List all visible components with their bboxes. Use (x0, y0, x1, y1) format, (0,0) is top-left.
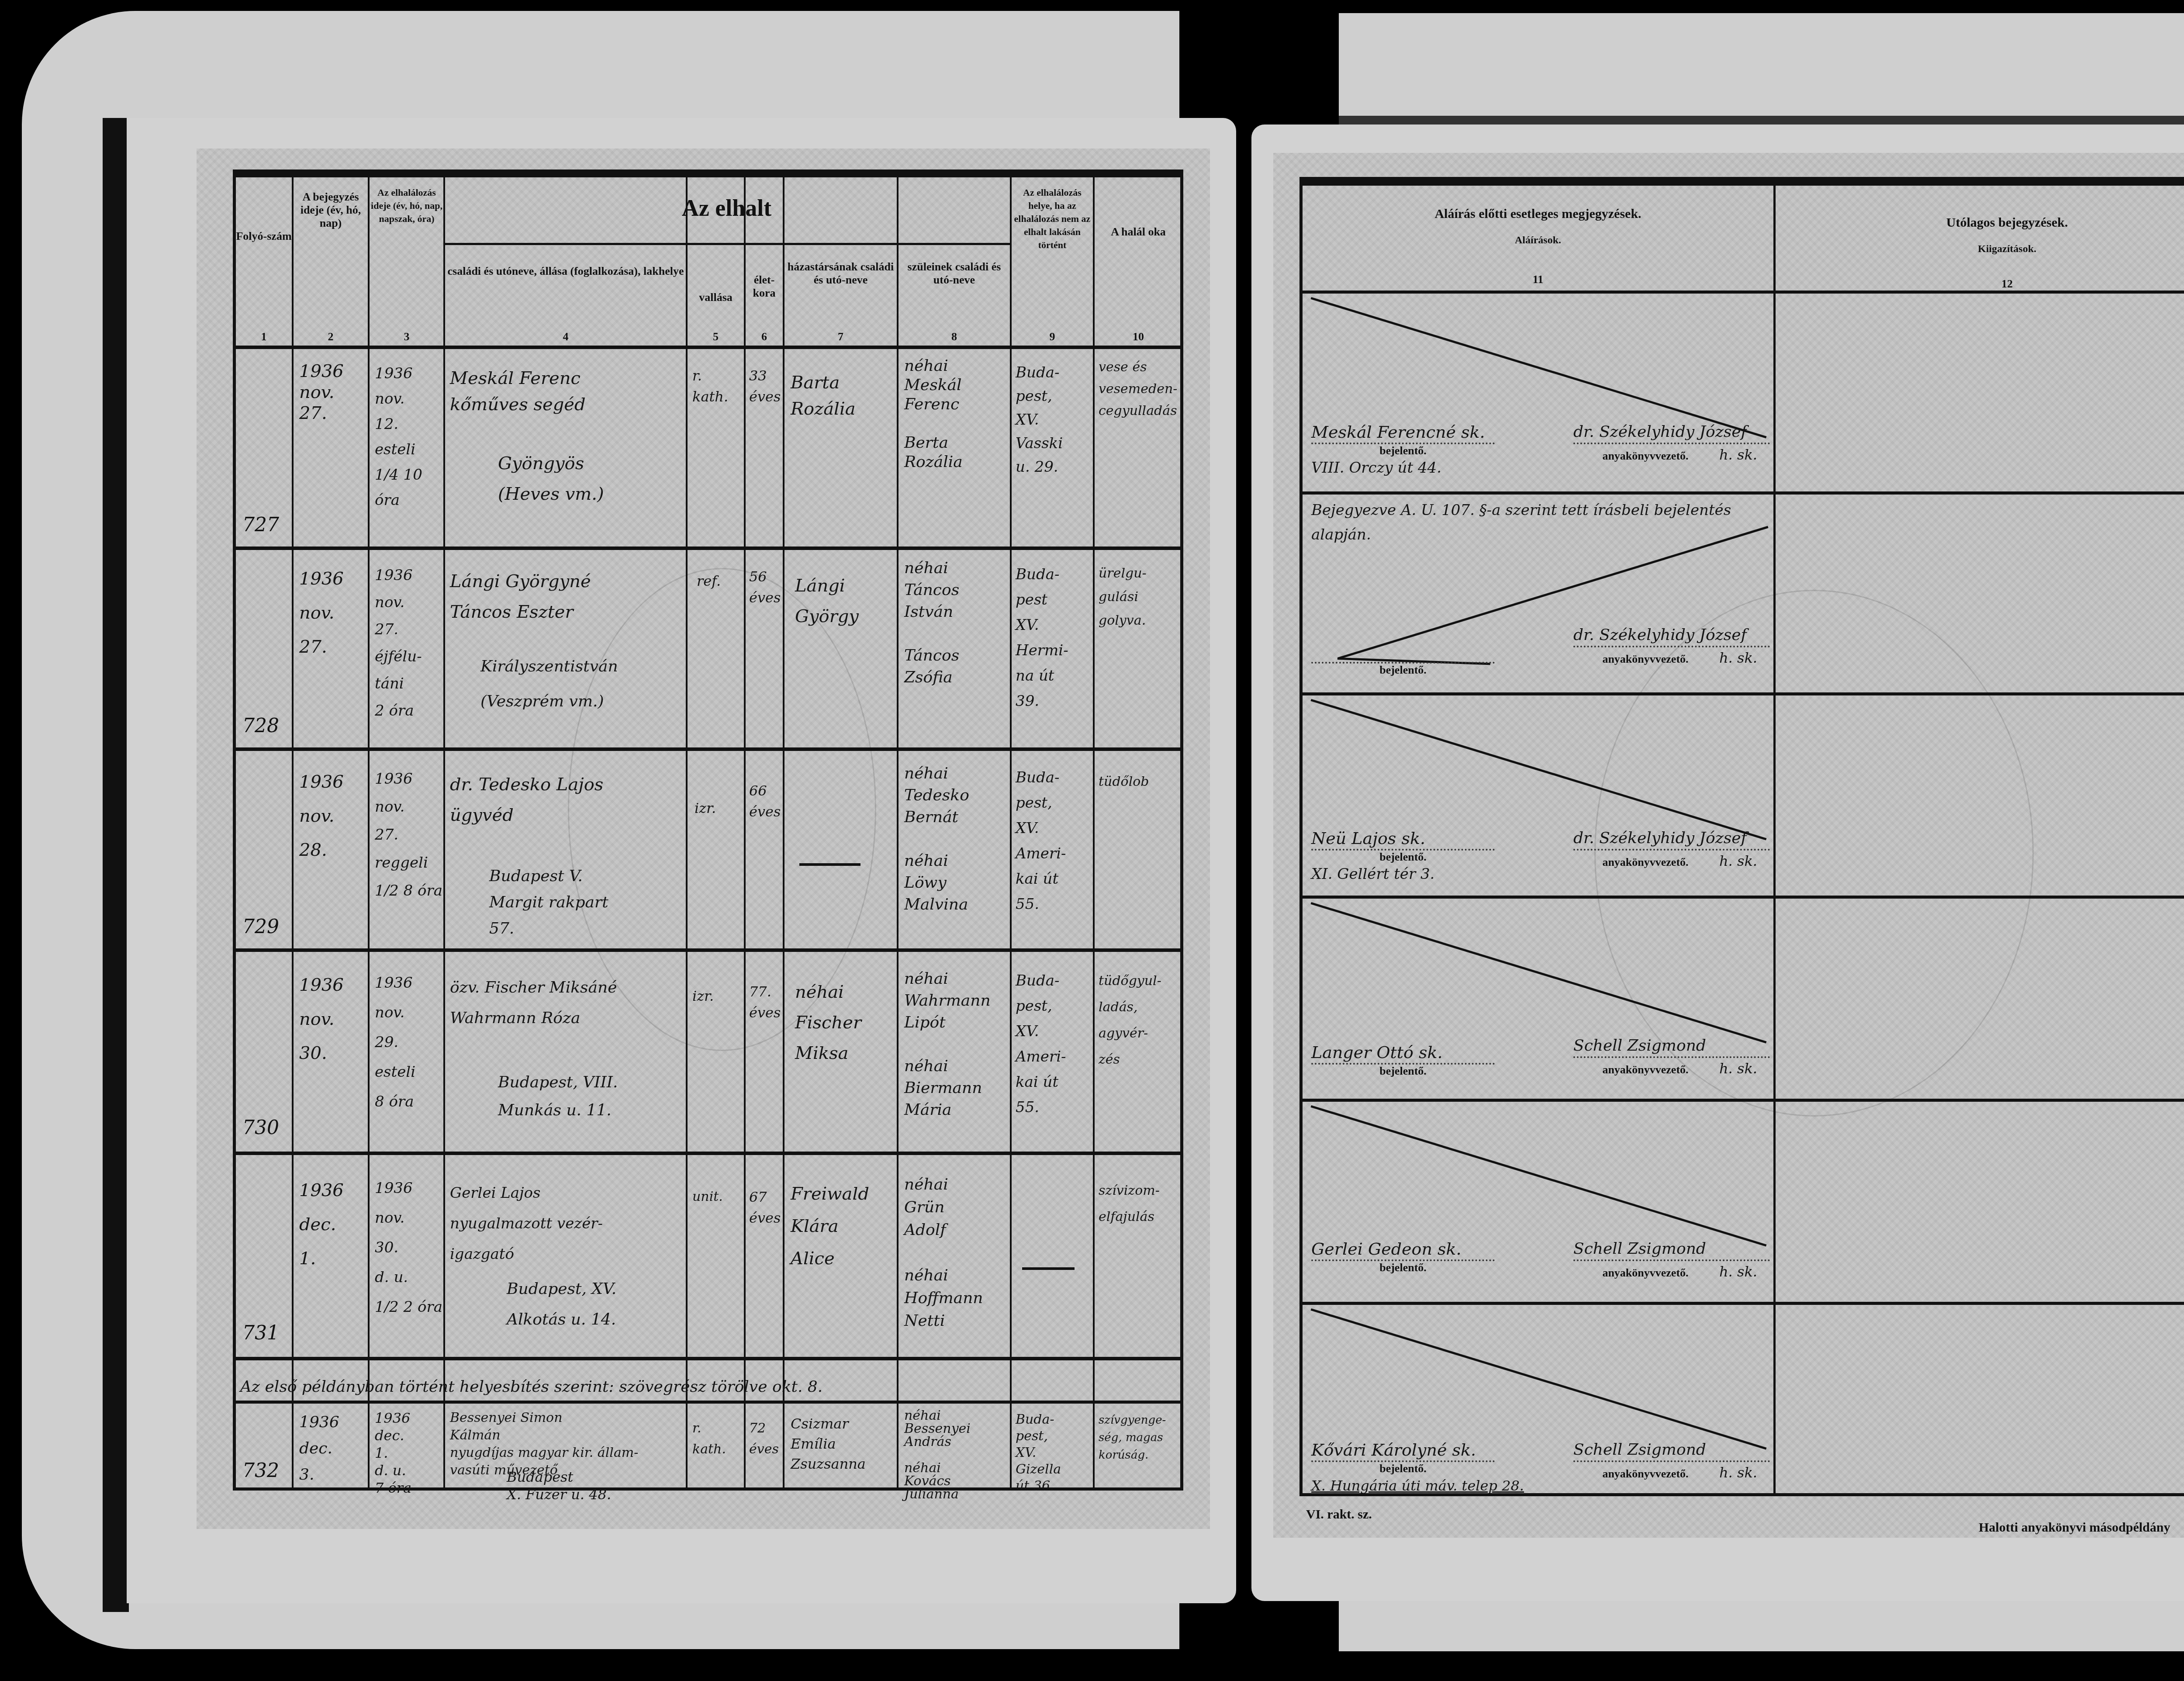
deceased-name-occupation: dr. Tedesko Lajos ügyvéd (450, 769, 603, 830)
place-of-death: Buda- pest, XV. Gizella út 36. (1016, 1411, 1061, 1494)
informant-label: bejelentő. (1311, 1065, 1495, 1078)
shelf-label: VI. rakt. sz. (1306, 1507, 1372, 1522)
col-num-7: 7 (784, 330, 897, 343)
death-date: 1936 nov. 29. esteli 8 óra (375, 968, 415, 1117)
spouse-name: Lángi György (795, 571, 859, 632)
deceased-residence: Budapest, XV. Alkotás u. 14. (507, 1274, 616, 1335)
age: 77. éves (749, 981, 781, 1023)
parents-names: néhai Táncos István Táncos Zsófia (904, 557, 959, 688)
religion: r. kath. (692, 1418, 726, 1460)
entry-date: 1936 nov. 27. (299, 562, 344, 664)
cancel-line (1311, 1308, 1767, 1449)
col-divider (897, 177, 898, 1487)
registrar-label: anyakönyvvezető. (1573, 1063, 1717, 1076)
col-num-10: 10 (1095, 330, 1182, 343)
religion: ref. (697, 571, 721, 591)
entry-date: 1936 nov. 30. (299, 968, 344, 1070)
deceased-residence: Budapest X. Füzér u. 48. (507, 1468, 611, 1503)
registrar-mark: h. sk. (1719, 853, 1757, 869)
place-empty-dash (1022, 1267, 1075, 1270)
cancel-line (1311, 297, 1767, 438)
cause-of-death: szívizom- elfajulás (1099, 1178, 1160, 1230)
col-header-1: Folyó-szám (236, 230, 292, 243)
registrar-mark: h. sk. (1719, 446, 1757, 463)
cause-of-death: tüdőgyul- ladás, agyvér- zés (1099, 968, 1161, 1073)
col-divider (1093, 177, 1095, 1487)
death-date: 1936 nov. 27. reggeli 1/2 8 óra (375, 765, 442, 905)
age: 33 éves (749, 365, 781, 407)
place-of-death: Buda- pest, XV. Vasski u. 29. (1016, 361, 1063, 479)
col-divider (443, 177, 445, 1487)
cancel-line (1311, 902, 1767, 1043)
col11-title: Aláírás előtti esetleges megjegyzések. (1303, 208, 1773, 221)
informant-name: Meskál Ferencné sk. (1311, 422, 1495, 444)
cause-of-death: ürelgu- gulási golyva. (1099, 562, 1147, 633)
informant-address: X. Hungária úti máv. telep 28. (1311, 1475, 1538, 1496)
deceased-name-occupation: Meskál Ferenc kőműves segéd (450, 365, 586, 418)
death-date: 1936 nov. 30. d. u. 1/2 2 óra (375, 1173, 442, 1322)
age: 66 éves (749, 780, 781, 822)
parents-names: néhai Grün Adolf néhai Hoffmann Netti (904, 1173, 983, 1332)
parents-names: néhai Wahrmann Lipót néhai Biermann Mári… (904, 968, 991, 1121)
deceased-residence: Királyszentistván (Veszprém vm.) (480, 649, 618, 719)
place-of-death: Buda- pest, XV. Ameri- kai út 55. (1016, 765, 1066, 917)
spouse-empty-dash (799, 863, 860, 866)
col12-subtitle: Kiigazítások. (1776, 242, 2184, 256)
registrar-name: dr. Székelyhidy József (1573, 828, 1770, 851)
registrar-name: Schell Zsigmond (1573, 1035, 1770, 1058)
cause-of-death: szívgyenge- ség, magas korúság. (1099, 1411, 1166, 1464)
entry-date: 1936 dec. 1. (299, 1173, 344, 1276)
religion: unit. (692, 1186, 723, 1207)
col-header-4: családi és utóneve, állása (foglalkozása… (446, 265, 686, 278)
informant-signature: Neü Lajos sk. bejelentő. XI. Gellért tér… (1311, 828, 1495, 885)
row-serial: 730 (242, 1117, 279, 1139)
registrar-mark: h. sk. (1719, 1464, 1757, 1481)
page-stack-left (103, 118, 129, 1612)
religion: izr. (692, 986, 714, 1007)
registrar-signature: Schell Zsigmond anyakönyvvezető. h. sk. (1573, 1439, 1770, 1483)
col-header-3: Az elhalálozás ideje (év, hó, nap, napsz… (370, 186, 444, 225)
col-divider (1010, 177, 1012, 1487)
col-num-9: 9 (1012, 330, 1093, 343)
deceased-residence: Budapest, VIII. Munkás u. 11. (498, 1069, 618, 1124)
death-register-table: Az elhalt Folyó-szám A bejegyzés ideje (… (233, 169, 1183, 1491)
col-num-1: 1 (236, 330, 292, 343)
group-divider (443, 243, 1010, 245)
registrar-name: dr. Székelyhidy József (1573, 422, 1770, 444)
registrar-signature: dr. Székelyhidy József anyakönyvvezető. … (1573, 828, 1770, 872)
document-title: Halotti anyakönyvi másodpéldány (1979, 1520, 2170, 1535)
group-title: Az elhalt (443, 195, 1010, 221)
informant-name: Langer Ottó sk. (1311, 1042, 1495, 1065)
registrar-label: anyakönyvvezető. (1573, 653, 1717, 666)
col-header-9: Az elhalálozás helye, ha az elhalálozás … (1012, 186, 1093, 252)
registrar-name: Schell Zsigmond (1573, 1238, 1770, 1261)
col12-num: 12 (1776, 277, 2184, 291)
place-of-death: Buda- pest, XV. Ameri- kai út 55. (1016, 968, 1066, 1120)
annotation-divider (236, 1401, 1180, 1404)
registrar-name: dr. Székelyhidy József (1573, 625, 1770, 647)
col-divider (783, 177, 784, 1487)
col-divider (744, 177, 746, 1487)
col-num-8: 8 (898, 330, 1010, 343)
col-divider (292, 177, 294, 1487)
death-date: 1936 dec. 1. d. u. 7 óra (375, 1409, 411, 1497)
registrar-label: anyakönyvvezető. (1573, 450, 1717, 463)
parents-names: néhai Meskál Ferenc Berta Rozália (904, 356, 963, 472)
informant-name: Gerlei Gedeon sk. (1311, 1238, 1495, 1261)
row-divider (236, 747, 1180, 751)
informant-name (1311, 649, 1495, 664)
registration-note: Bejegyezve A. U. 107. §-a szerint tett í… (1311, 498, 1766, 547)
row-serial: 731 (242, 1322, 279, 1344)
informant-address: XI. Gellért tér 3. (1311, 864, 1495, 885)
col-num-5: 5 (688, 330, 744, 343)
death-date: 1936 nov. 12. esteli 1/4 10 óra (375, 361, 422, 513)
informant-label: bejelentő. (1311, 444, 1495, 457)
row-divider (236, 546, 1180, 550)
col-num-4: 4 (446, 330, 686, 343)
row-divider (1303, 1099, 2184, 1102)
row-divider (1303, 896, 2184, 899)
registrar-name: Schell Zsigmond (1573, 1439, 1770, 1462)
registrar-signature: Schell Zsigmond anyakönyvvezető. h. sk. (1573, 1238, 1770, 1282)
row-serial: 729 (242, 916, 279, 938)
signatures-table: Aláírás előtti esetleges megjegyzések. A… (1299, 177, 2184, 1496)
deceased-name-occupation: Gerlei Lajos nyugalmazott vezér- igazgat… (450, 1178, 603, 1269)
entry-date: 1936 nov. 27. (299, 361, 344, 424)
row-serial: 732 (242, 1460, 279, 1482)
spouse-name: néhai Fischer Miksa (795, 977, 861, 1069)
row-serial: 728 (242, 715, 279, 737)
col-num-6: 6 (746, 330, 783, 343)
row-divider (236, 948, 1180, 952)
informant-name: Neü Lajos sk. (1311, 828, 1495, 851)
col12-title: Utólagos bejegyzések. (1776, 216, 2184, 229)
cause-of-death: tüdőlob (1099, 771, 1149, 792)
col-num-2: 2 (294, 330, 368, 343)
col-header-10: A halál oka (1095, 225, 1182, 239)
row-divider (236, 1357, 1180, 1360)
informant-label: bejelentő. (1311, 851, 1495, 864)
parents-names: néhai Tedesko Bernát néhai Löwy Malvina (904, 763, 969, 916)
col-header-5: vallása (688, 291, 744, 304)
age: 67 éves (749, 1186, 781, 1228)
registrar-label: anyakönyvvezető. (1573, 856, 1717, 869)
religion: r. kath. (692, 365, 728, 407)
spouse-name: Freiwald Klára Alice (791, 1178, 869, 1275)
row-divider (1303, 692, 2184, 695)
col-header-7: házastársának családi és utó-neve (784, 260, 897, 287)
entry-date: 1936 nov. 28. (299, 765, 344, 867)
informant-label: bejelentő. (1311, 664, 1495, 677)
deceased-residence: Budapest V. Margit rakpart 57. (489, 863, 608, 942)
informant-label: bejelentő. (1311, 1261, 1495, 1274)
cancel-line (1311, 1105, 1767, 1246)
row-divider (1303, 291, 2184, 294)
informant-signature: bejelentő. (1311, 649, 1495, 677)
cause-of-death: vese és vesemeden- cegyulladás (1099, 356, 1177, 422)
row-divider (236, 346, 1180, 349)
row-divider (1303, 491, 2184, 495)
registrar-label: anyakönyvvezető. (1573, 1467, 1717, 1480)
spouse-name: Barta Rozália (791, 370, 856, 422)
registrar-signature: Schell Zsigmond anyakönyvvezető. h. sk. (1573, 1035, 1770, 1079)
parents-names: néhai Bessenyei András néhai Kovács Juli… (904, 1409, 971, 1501)
age: 72 éves (749, 1418, 779, 1460)
informant-signature: Langer Ottó sk. bejelentő. (1311, 1042, 1495, 1078)
col-divider (368, 177, 370, 1487)
row-divider (236, 1152, 1180, 1155)
col-header-2: A bejegyzés ideje (év, hó, nap) (294, 190, 368, 230)
row-divider (1303, 1302, 2184, 1305)
registrar-mark: h. sk. (1719, 650, 1757, 666)
place-of-death: Buda- pest XV. Hermi- na út 39. (1016, 562, 1068, 714)
informant-address: VIII. Orczy út 44. (1311, 457, 1495, 478)
registrar-label: anyakönyvvezető. (1573, 1266, 1717, 1280)
registrar-mark: h. sk. (1719, 1060, 1757, 1077)
spouse-name: Csizmar Emília Zsuzsanna (791, 1414, 866, 1474)
row-serial: 727 (242, 514, 279, 536)
informant-label: bejelentő. (1311, 1462, 1495, 1475)
informant-signature: Gerlei Gedeon sk. bejelentő. (1311, 1238, 1495, 1274)
col-header-8: szüleinek családi és utó-neve (898, 260, 1010, 287)
col-header-6: élet-kora (746, 273, 783, 300)
death-date: 1936 nov. 27. éjfélu- táni 2 óra (375, 562, 422, 724)
religion: izr. (695, 798, 716, 819)
col11-num: 11 (1303, 273, 1773, 286)
cancel-line (1311, 699, 1767, 840)
correction-annotation: Az első példányban történt helyesbítés s… (240, 1377, 822, 1397)
registrar-mark: h. sk. (1719, 1263, 1757, 1280)
informant-name: Kővári Károlyné sk. (1311, 1439, 1495, 1462)
col11-subtitle: Aláírások. (1303, 234, 1773, 247)
registrar-signature: dr. Székelyhidy József anyakönyvvezető. … (1573, 625, 1770, 668)
entry-date: 1936 dec. 3. (299, 1409, 339, 1488)
col-divider (686, 177, 688, 1487)
age: 56 éves (749, 566, 781, 608)
informant-signature: Meskál Ferencné sk. bejelentő. VIII. Orc… (1311, 422, 1495, 478)
deceased-name-occupation: özv. Fischer Miksáné Wahrmann Róza (450, 972, 617, 1034)
informant-signature: Kővári Károlyné sk. bejelentő. X. Hungár… (1311, 1439, 1538, 1496)
col-divider (1773, 186, 1776, 1493)
deceased-residence: Gyöngyös (Heves vm.) (498, 448, 604, 509)
deceased-name-occupation: Lángi Györgyné Táncos Eszter (450, 566, 591, 627)
registrar-signature: dr. Székelyhidy József anyakönyvvezető. … (1573, 422, 1770, 465)
col-num-3: 3 (370, 330, 444, 343)
